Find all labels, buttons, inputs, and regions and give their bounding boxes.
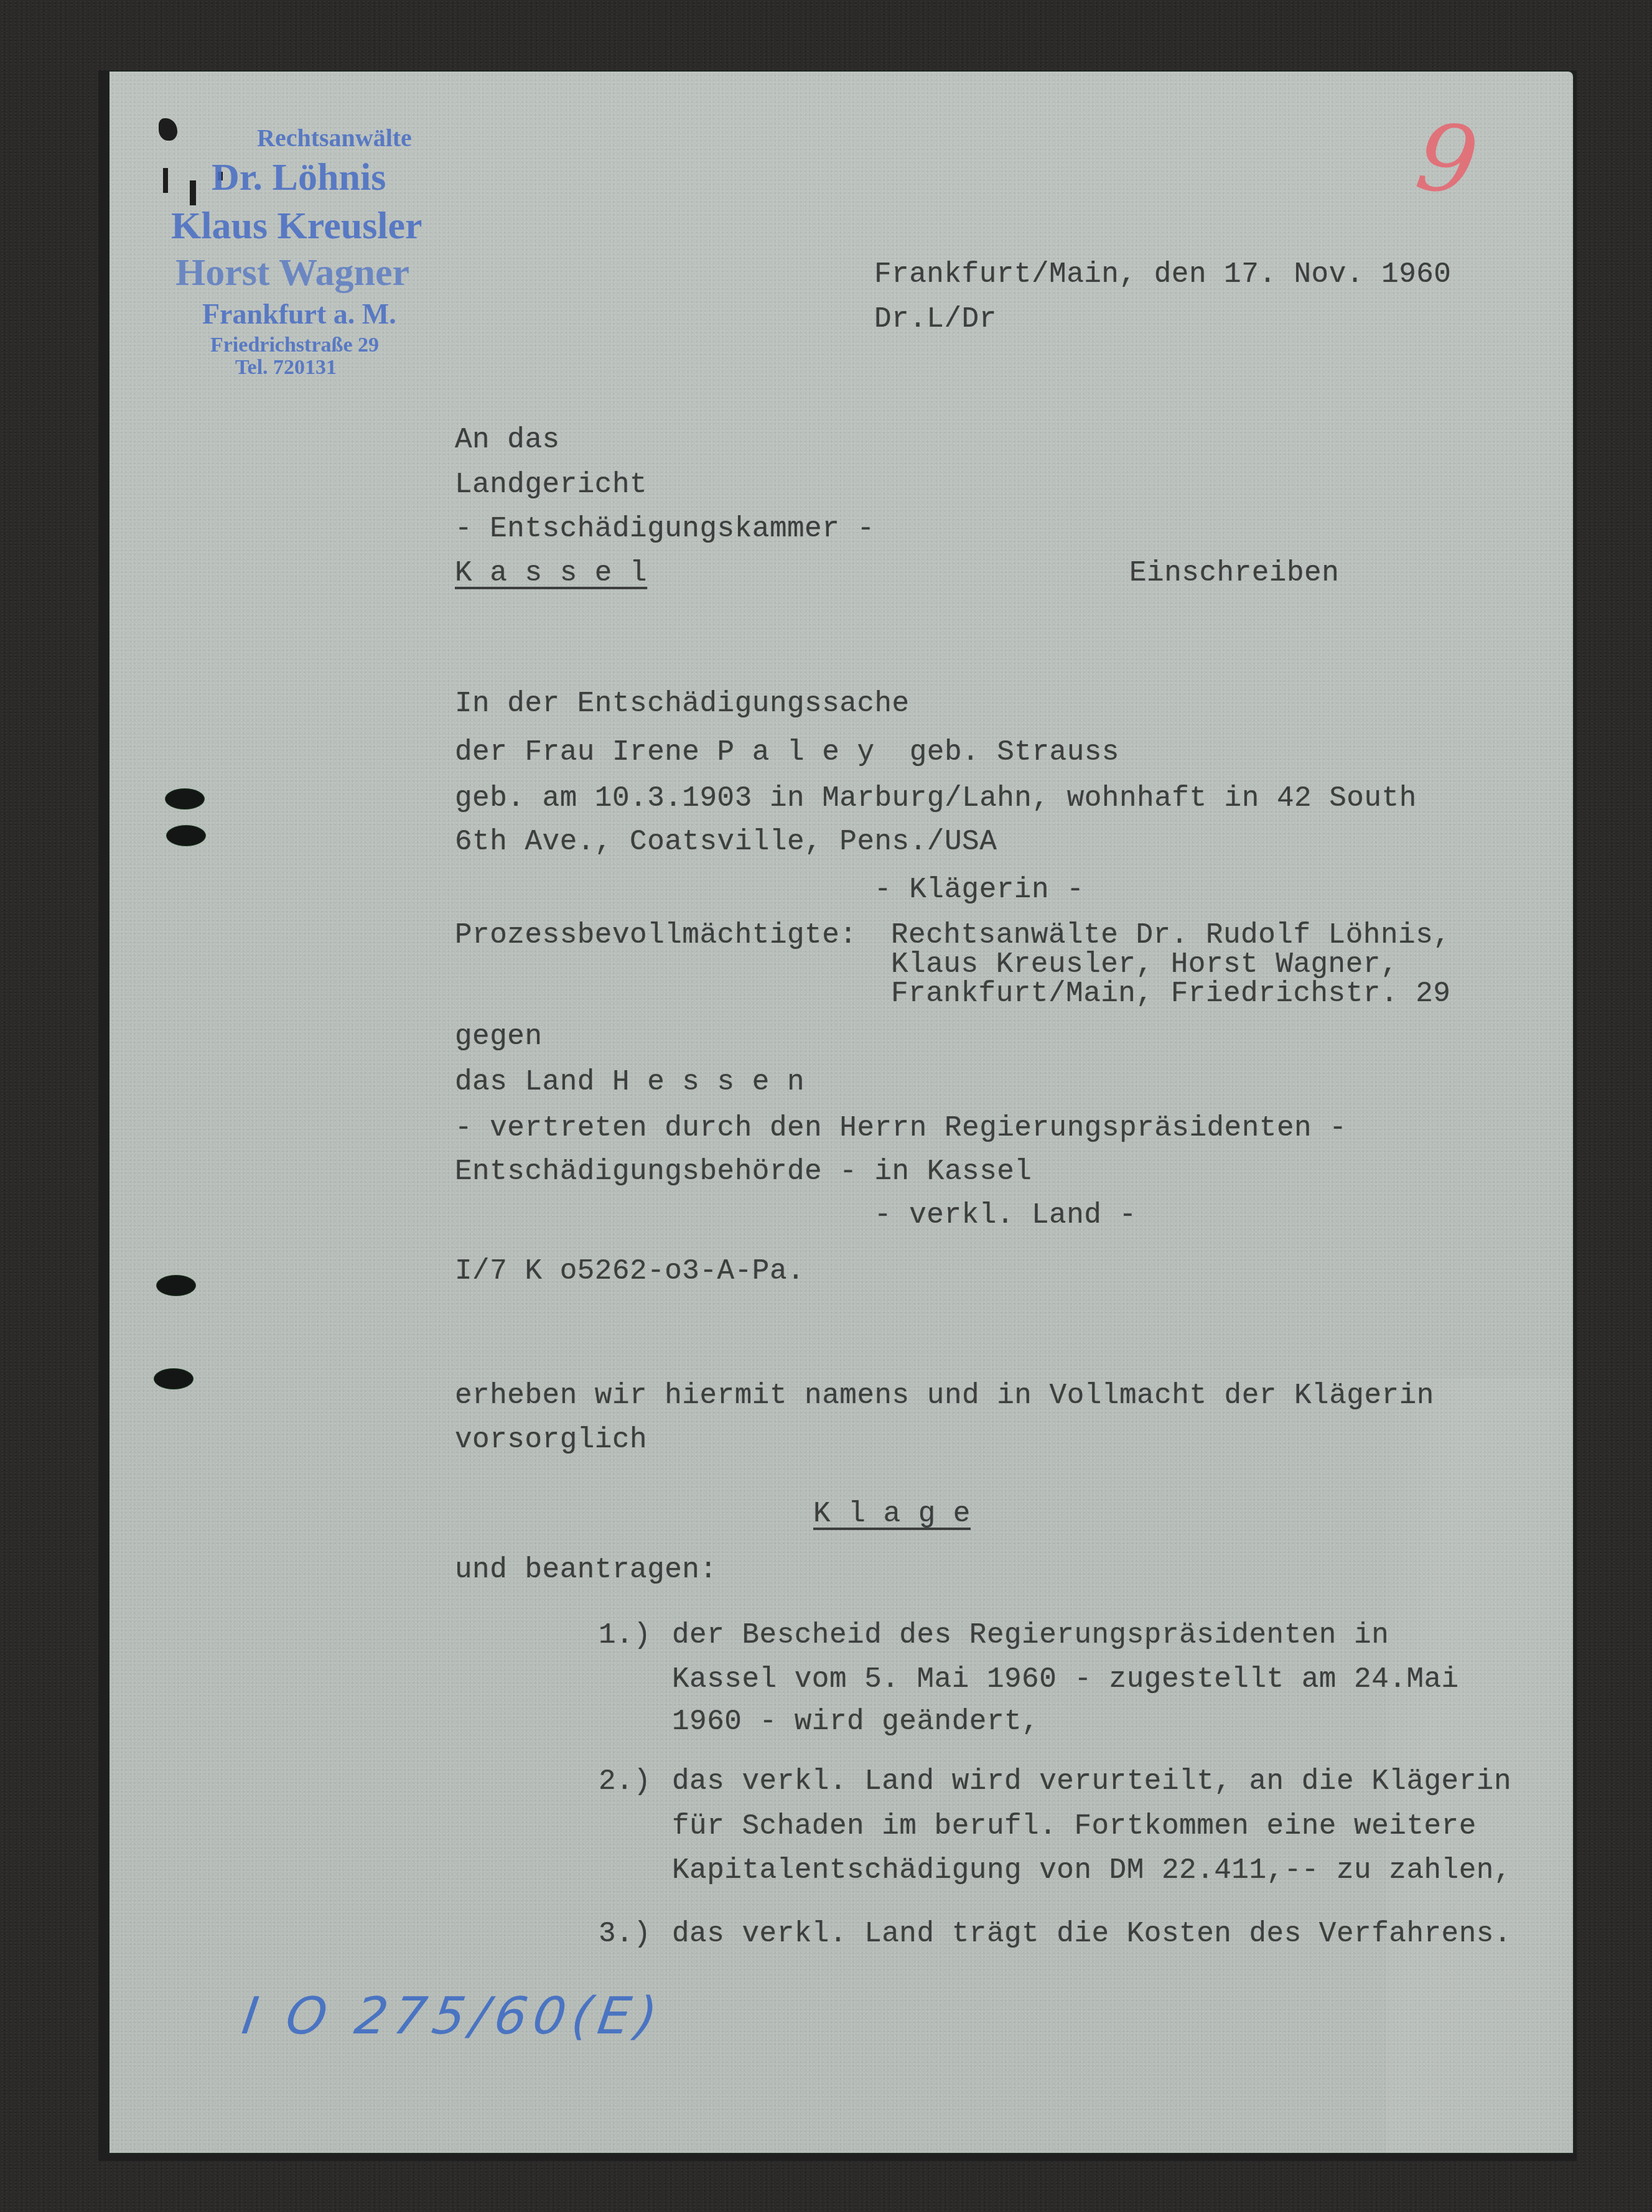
stamp-name-wagner: Horst Wagner (175, 251, 409, 295)
defendant-name: das Land H e s s e n (455, 1068, 805, 1096)
request-number: 1.) (599, 1621, 651, 1650)
recipient-line: An das (455, 426, 560, 454)
plaintiff-address-cont: 6th Ave., Coatsville, Pens./USA (455, 828, 997, 856)
delivery-method: Einschreiben (1129, 559, 1339, 587)
stamp-name-kreusler: Klaus Kreusler (171, 204, 422, 248)
against-label: gegen (455, 1022, 543, 1051)
stamp-city: Frankfurt a. M. (202, 297, 396, 330)
defendant-authority: Entschädigungsbehörde - in Kassel (455, 1157, 1032, 1186)
plaintiff-role: - Klägerin - (874, 875, 1084, 904)
reference-code: Dr.L/Dr (874, 305, 997, 334)
paper-tear (190, 180, 196, 205)
paper-tear (163, 168, 168, 193)
case-intro: In der Entschädigungssache (455, 689, 910, 718)
defendant-role: - verkl. Land - (874, 1201, 1137, 1230)
recipient-chamber: - Entschädigungskammer - (455, 515, 875, 543)
handwritten-file-reference: I O 275/60(E) (239, 1991, 666, 2042)
claim-heading: K l a g e (813, 1500, 971, 1528)
punch-hole (167, 826, 205, 846)
requests-intro: und beantragen: (455, 1556, 717, 1584)
claim-intro: erheben wir hiermit namens und in Vollma… (455, 1381, 1434, 1410)
counsel-line: Frankfurt/Main, Friedrichstr. 29 (891, 979, 1450, 1008)
request-line: das verkl. Land wird verurteilt, an die … (672, 1767, 1511, 1796)
file-number: I/7 K o5262-o3-A-Pa. (455, 1257, 805, 1286)
punch-hole (157, 1276, 195, 1295)
stamp-name-loehnis: Dr. Löhnis (212, 156, 386, 200)
stamp-title: Rechtsanwälte (257, 123, 412, 152)
request-number: 3.) (599, 1920, 651, 1948)
recipient-court: Landgericht (455, 470, 647, 499)
counsel-label: Prozessbevollmächtigte: (455, 921, 857, 950)
request-line: das verkl. Land trägt die Kosten des Ver… (672, 1920, 1511, 1948)
counsel-line: Klaus Kreusler, Horst Wagner, (891, 950, 1398, 979)
request-number: 2.) (599, 1767, 651, 1796)
defendant-representative: - vertreten durch den Herrn Regierungspr… (455, 1114, 1346, 1142)
recipient-city: K a s s e l (455, 559, 647, 587)
request-line: Kassel vom 5. Mai 1960 - zugestellt am 2… (672, 1665, 1459, 1694)
request-line: 1960 - wird geändert, (672, 1707, 1039, 1736)
stamp-phone: Tel. 720131 (235, 356, 337, 380)
counsel-line: Rechtsanwälte Dr. Rudolf Löhnis, (891, 921, 1450, 950)
request-line: der Bescheid des Regierungspräsidenten i… (672, 1621, 1389, 1650)
claim-intro-cont: vorsorglich (455, 1426, 647, 1454)
stamp-street: Friedrichstraße 29 (210, 334, 379, 357)
plaintiff-birth-address: geb. am 10.3.1903 in Marburg/Lahn, wohnh… (455, 784, 1417, 813)
request-line: Kapitalentschädigung von DM 22.411,-- zu… (672, 1856, 1511, 1885)
place-date: Frankfurt/Main, den 17. Nov. 1960 (874, 260, 1451, 289)
punch-hole (166, 789, 204, 809)
request-line: für Schaden im berufl. Fortkommen eine w… (672, 1812, 1477, 1841)
plaintiff-name: der Frau Irene P a l e y geb. Strauss (455, 738, 1119, 767)
punch-hole (154, 1369, 193, 1389)
